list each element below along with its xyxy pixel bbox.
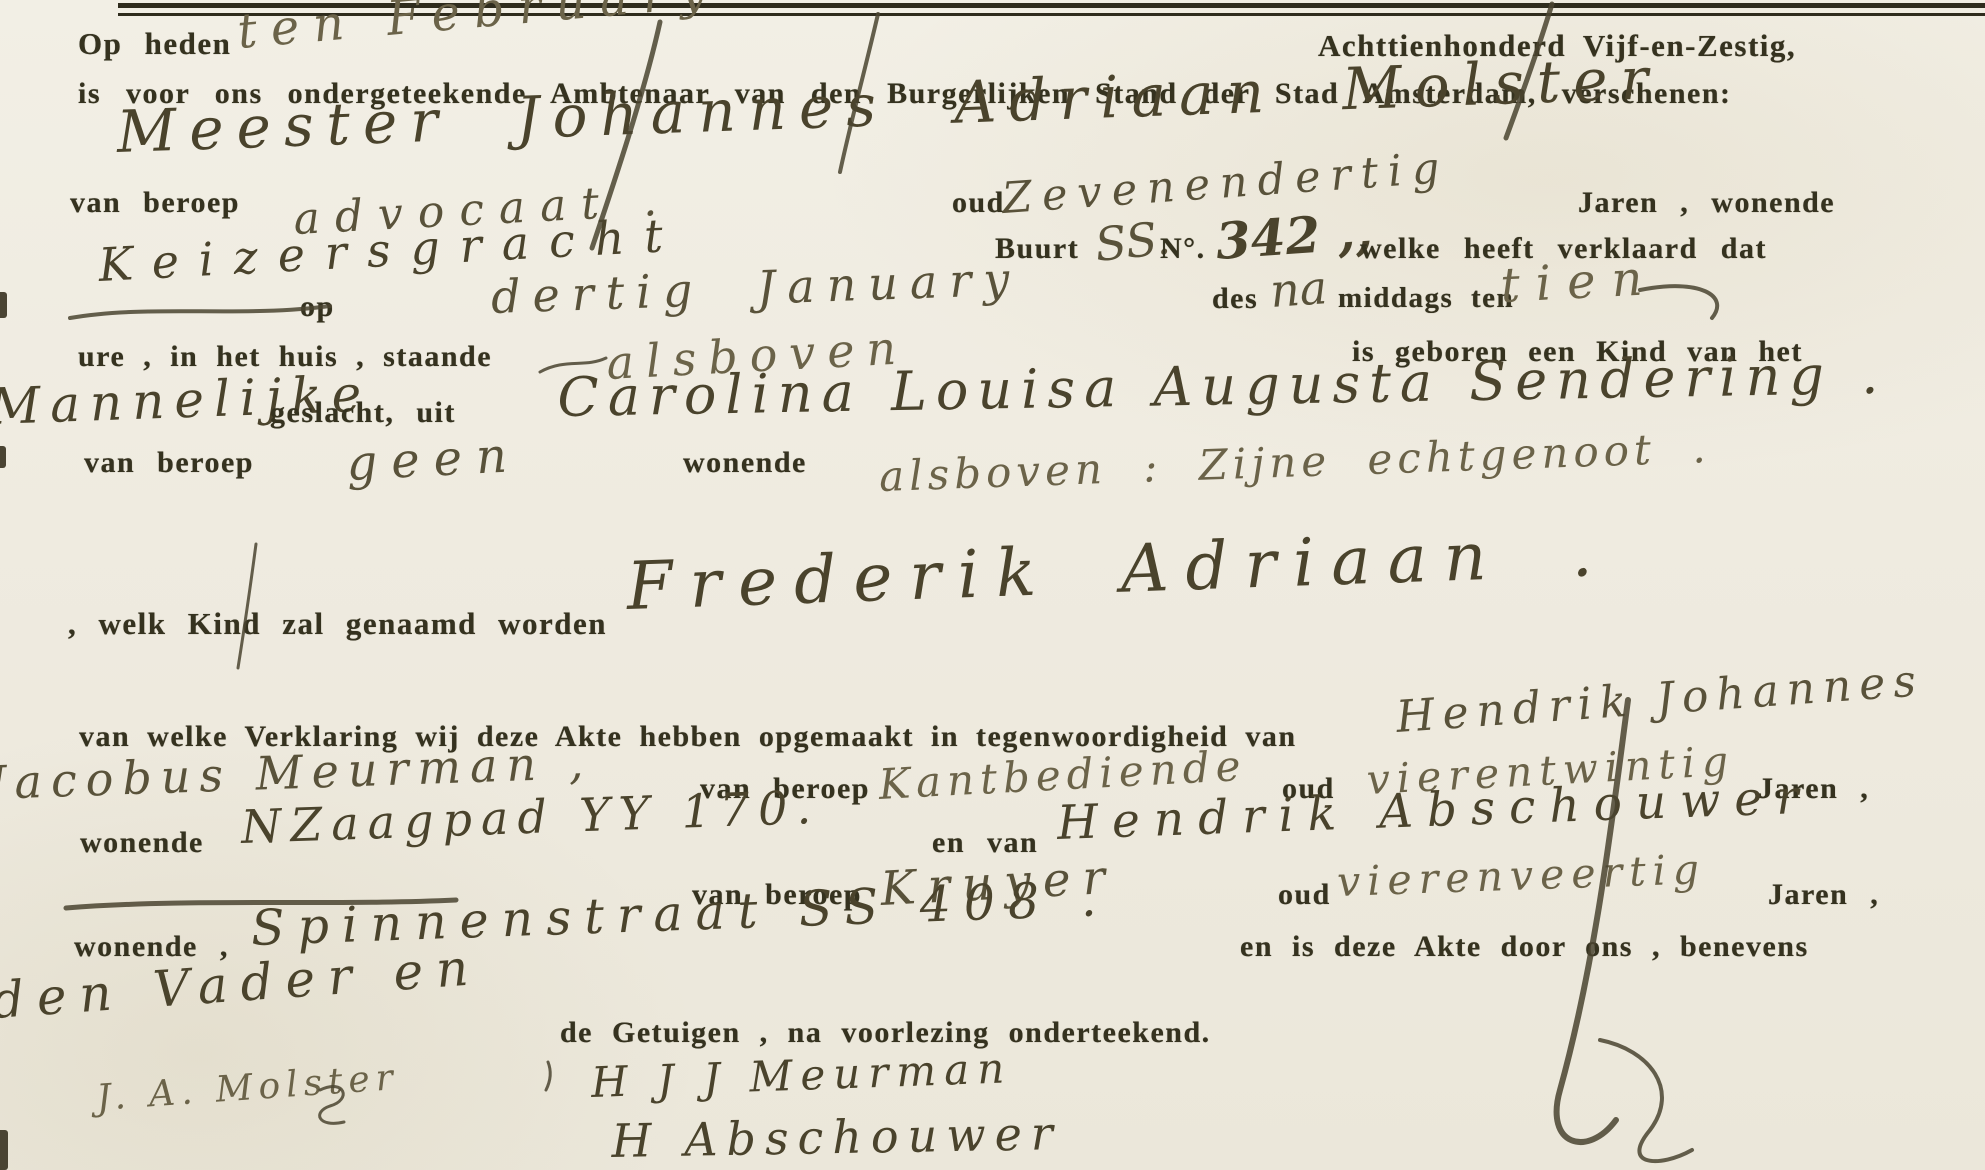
house-number-handwriting: 342 ,, [1214, 201, 1374, 271]
label-genaamd-worden: , welk Kind zal genaamd worden [68, 606, 607, 642]
mother-residence-handwriting: alsboven : Zijne echtgenoot . [878, 423, 1711, 501]
signature-abschouwer: H Abschouwer [611, 1106, 1062, 1168]
birth-hour-handwriting: tien [1499, 250, 1660, 314]
witness2-age-handwriting: vierenveertig [1336, 845, 1706, 906]
label-middags-ten: middags ten [1338, 282, 1514, 315]
child-name-handwriting: Frederik Adriaan . [625, 514, 1610, 625]
birth-certificate-page: Op heden ten February Achttienhonderd Vi… [0, 0, 1985, 1170]
mother-occupation-handwriting: geen [345, 427, 522, 492]
label-jaren-w2: Jaren , [1768, 878, 1879, 912]
scan-edge-mark [0, 1130, 8, 1170]
father-note-handwriting: den Vader en [0, 938, 483, 1030]
witness1-name-part1-handwriting: Hendrik Johannes [1394, 655, 1925, 743]
label-op: op [300, 290, 335, 324]
label-oud-w2: oud [1278, 878, 1331, 912]
label-des: des [1212, 282, 1258, 316]
label-geslacht-uit: geslacht, uit [270, 396, 456, 430]
scan-edge-mark [0, 446, 6, 468]
label-van-beroep-declarant: van beroep [70, 186, 240, 220]
label-oud-declarant: oud [952, 186, 1005, 220]
label-wonende-mother: wonende [683, 446, 807, 480]
label-op-heden: Op heden [78, 26, 231, 62]
label-no: N°. [1160, 232, 1206, 266]
signature-meurman: H J J Meurman [590, 1043, 1013, 1107]
entry-date-handwriting: ten February [235, 0, 722, 60]
scan-edge-mark [0, 292, 7, 318]
label-wonende-w1: wonende [80, 826, 204, 860]
label-akte-benevens: en is deze Akte door ons , benevens [1240, 930, 1809, 964]
label-van-beroep-mother: van beroep [84, 446, 254, 480]
des-insert-handwriting: na [1268, 260, 1329, 318]
label-jaren-wonende: Jaren , wonende [1578, 186, 1835, 220]
label-getuigen-onderteekend: de Getuigen , na voorlezing onderteekend… [560, 1016, 1211, 1050]
signature-molster: J. A. Molster [95, 1057, 400, 1119]
